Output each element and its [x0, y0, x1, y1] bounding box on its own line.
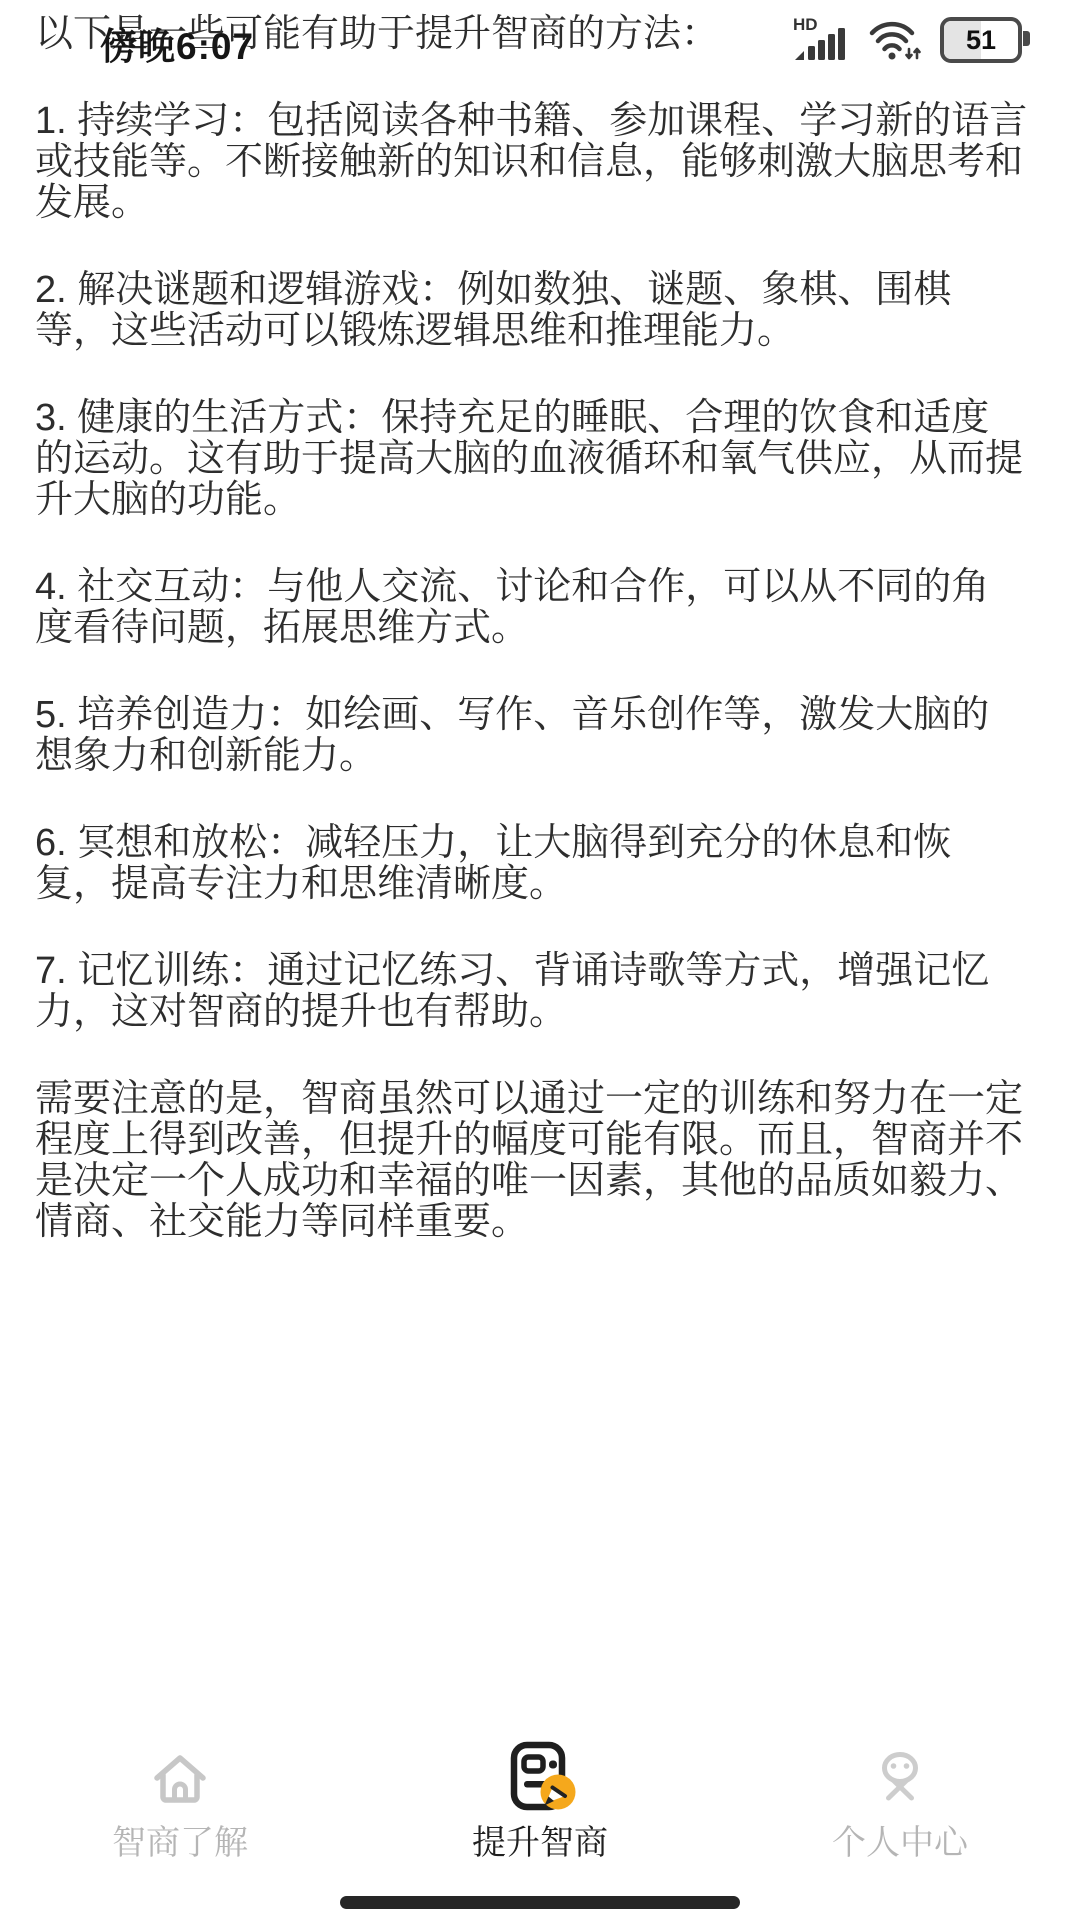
tab-label-iq-learn: 智商了解: [112, 1826, 248, 1860]
paragraph-note: 需要注意的是，智商虽然可以通过一定的训练和努力在一定 程度上得到改善，但提升的幅…: [35, 1079, 1045, 1243]
paragraph-item-7: 7. 记忆训练：通过记忆练习、背诵诗歌等方式，增强记忆 力，这对智商的提升也有帮…: [35, 951, 1045, 1033]
paragraph-item-6: 6. 冥想和放松：减轻压力，让大脑得到充分的休息和恢 复，提高专注力和思维清晰度…: [35, 823, 1045, 905]
paragraph-item-1: 1. 持续学习：包括阅读各种书籍、参加课程、学习新的语言 或技能等。不断接触新的…: [35, 101, 1045, 224]
tab-label-improve-iq: 提升智商: [472, 1826, 608, 1860]
bottom-tab-bar: 智商了解 提升智商: [0, 1740, 1080, 1890]
paragraph-item-2: 2. 解决谜题和逻辑游戏：例如数独、谜题、象棋、围棋 等，这些活动可以锻炼逻辑思…: [35, 270, 1045, 352]
paragraph-item-5: 5. 培养创造力：如绘画、写作、音乐创作等，激发大脑的 想象力和创新能力。: [35, 695, 1045, 777]
tab-label-profile: 个人中心: [832, 1826, 968, 1860]
tab-profile[interactable]: 个人中心: [720, 1740, 1080, 1890]
paragraph-item-4: 4. 社交互动：与他人交流、讨论和合作，可以从不同的角 度看待问题，拓展思维方式…: [35, 567, 1045, 649]
home-indicator[interactable]: [340, 1896, 740, 1909]
profile-icon: [868, 1740, 932, 1818]
paragraph-intro: 以下是一些可能有助于提升智商的方法：: [35, 14, 1045, 55]
quiz-icon: [500, 1740, 580, 1818]
tab-iq-learn[interactable]: 智商了解: [0, 1740, 360, 1890]
paragraph-item-3: 3. 健康的生活方式：保持充足的睡眠、合理的饮食和适度 的运动。这有助于提高大脑…: [35, 398, 1045, 521]
answer-text: 以下是一些可能有助于提升智商的方法： 1. 持续学习：包括阅读各种书籍、参加课程…: [0, 0, 1080, 1243]
home-icon: [148, 1740, 212, 1818]
tab-improve-iq[interactable]: 提升智商: [360, 1740, 720, 1890]
app-screen: 傍晚6:07 HD 51: [0, 0, 1080, 1920]
